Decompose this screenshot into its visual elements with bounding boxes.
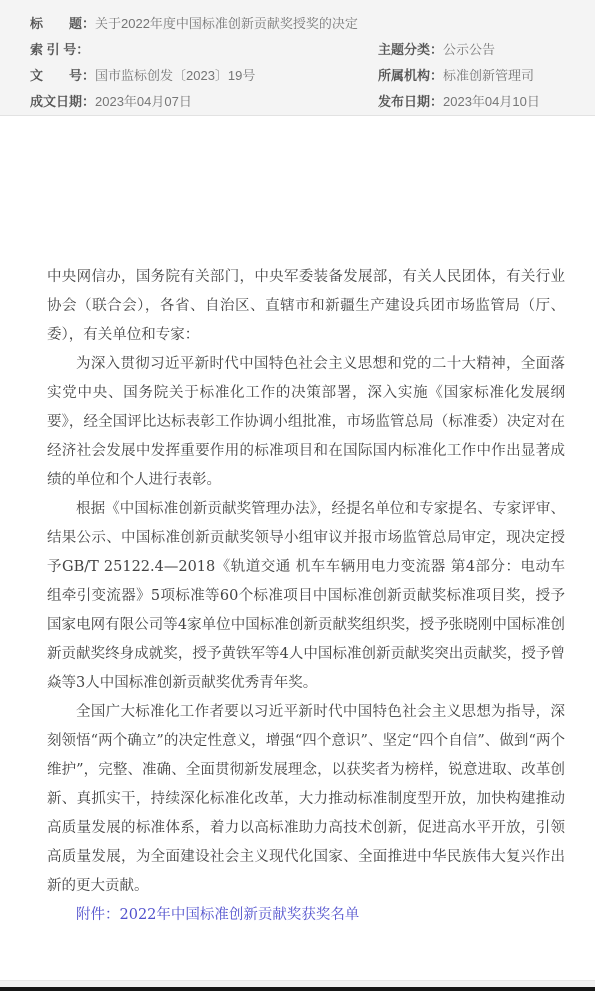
meta-label-topic-category: 主题分类： bbox=[378, 42, 443, 57]
meta-row-index-number: 索 引 号： bbox=[30, 37, 378, 63]
meta-value-written-date: 2023年04月07日 bbox=[95, 94, 192, 109]
document-page: 标 题：关于2022年度中国标准创新贡献奖授奖的决定 索 引 号： 文 号：国市… bbox=[0, 0, 595, 930]
meta-column-right: 主题分类：公示公告 所属机构：标准创新管理司 发布日期：2023年04月10日 bbox=[378, 37, 565, 115]
meta-value-publish-date: 2023年04月10日 bbox=[443, 94, 540, 109]
attachment-link[interactable]: 2022年中国标准创新贡献奖获奖名单 bbox=[120, 907, 360, 923]
attachment-label: 附件： bbox=[76, 907, 120, 923]
footer-bar bbox=[0, 987, 595, 991]
meta-label-index-number: 索 引 号： bbox=[30, 42, 89, 57]
meta-column-left: 索 引 号： 文 号：国市监标创发〔2023〕19号 成文日期：2023年04月… bbox=[30, 37, 378, 115]
body-paragraph-award-decision: 根据《中国标准创新贡献奖管理办法》，经提名单位和专家提名、专家评审、结果公示、中… bbox=[47, 495, 565, 698]
meta-row-topic-category: 主题分类：公示公告 bbox=[378, 37, 565, 63]
meta-label-issuing-agency: 所属机构： bbox=[378, 68, 443, 83]
meta-row-title: 标 题：关于2022年度中国标准创新贡献奖授奖的决定 bbox=[30, 11, 565, 37]
meta-grid: 索 引 号： 文 号：国市监标创发〔2023〕19号 成文日期：2023年04月… bbox=[30, 37, 565, 115]
meta-value-document-number: 国市监标创发〔2023〕19号 bbox=[95, 68, 255, 83]
meta-value-title: 关于2022年度中国标准创新贡献奖授奖的决定 bbox=[95, 16, 358, 31]
meta-row-document-number: 文 号：国市监标创发〔2023〕19号 bbox=[30, 63, 378, 89]
footer-divider bbox=[0, 980, 595, 987]
document-metadata-header: 标 题：关于2022年度中国标准创新贡献奖授奖的决定 索 引 号： 文 号：国市… bbox=[0, 0, 595, 116]
meta-row-issuing-agency: 所属机构：标准创新管理司 bbox=[378, 63, 565, 89]
meta-label-written-date: 成文日期： bbox=[30, 94, 95, 109]
meta-value-issuing-agency: 标准创新管理司 bbox=[443, 68, 534, 83]
meta-label-document-number: 文 号： bbox=[30, 68, 95, 83]
body-paragraph-recipients: 中央网信办，国务院有关部门，中央军委装备发展部，有关人民团体，有关行业协会（联合… bbox=[47, 263, 565, 350]
body-paragraph-call-to-action: 全国广大标准化工作者要以习近平新时代中国特色社会主义思想为指导，深刻领悟“两个确… bbox=[47, 698, 565, 901]
document-body: 中央网信办，国务院有关部门，中央军委装备发展部，有关人民团体，有关行业协会（联合… bbox=[0, 116, 595, 930]
meta-row-written-date: 成文日期：2023年04月07日 bbox=[30, 89, 378, 115]
attachment-line: 附件：2022年中国标准创新贡献奖获奖名单 bbox=[47, 901, 565, 930]
meta-label-title: 标 题： bbox=[30, 16, 95, 31]
meta-value-topic-category: 公示公告 bbox=[443, 42, 495, 57]
meta-row-publish-date: 发布日期：2023年04月10日 bbox=[378, 89, 565, 115]
meta-label-publish-date: 发布日期： bbox=[378, 94, 443, 109]
body-paragraph-background: 为深入贯彻习近平新时代中国特色社会主义思想和党的二十大精神，全面落实党中央、国务… bbox=[47, 350, 565, 495]
